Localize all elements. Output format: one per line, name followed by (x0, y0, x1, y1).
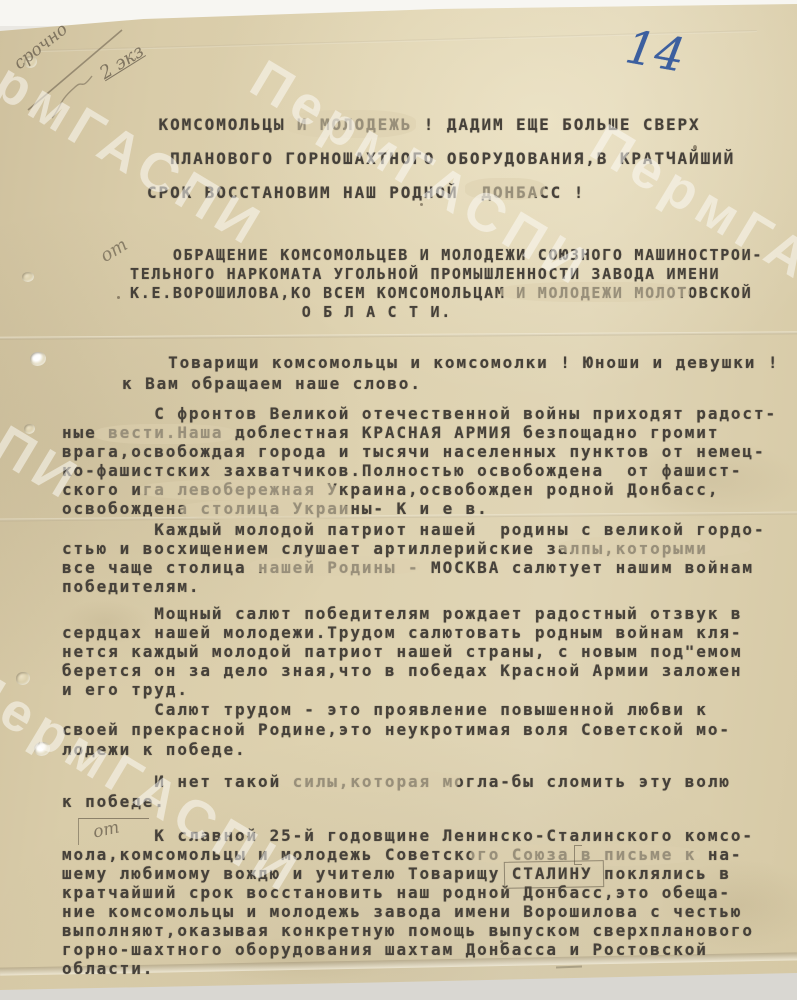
faded-ink-patch (140, 480, 340, 500)
slogan-heading: КОМСОМОЛЬЦЫ И МОЛОДЕЖЬ ! ДАДИМ ЕЩЕ БОЛЬШ… (147, 108, 735, 210)
faded-ink-patch (95, 424, 235, 444)
paragraph-mighty-salute: Мощный салют победителям рождает радостн… (62, 604, 742, 699)
paragraph-greeting: Товарищи комсомольцы и комсомолки ! Юнош… (122, 352, 779, 394)
faded-ink-patch (465, 178, 545, 200)
paragraph-salutes: Каждый молодой патриот нашей родины с ве… (62, 520, 766, 596)
page-number-annotation: 14 (622, 19, 689, 82)
faded-ink-patch (180, 500, 350, 520)
pencil-box-stalin (504, 860, 604, 889)
ink-speck (420, 203, 423, 206)
faded-ink-patch (500, 282, 690, 302)
pencil-corner-bracket: от (78, 818, 149, 845)
pencil-scribble-stroke (0, 18, 200, 138)
paragraph-labor-salute: Салют трудом - это проявление повышенной… (62, 700, 731, 760)
ink-speck (500, 940, 503, 943)
document-scan: КОМСОМОЛЬЦЫ И МОЛОДЕЖЬ ! ДАДИМ ЕЩЕ БОЛЬШ… (0, 0, 797, 1000)
ink-speck (117, 296, 120, 299)
ink-speck (693, 145, 697, 150)
faded-ink-patch (280, 770, 460, 792)
paragraph-front-news: С фронтов Великой отечественной войны пр… (62, 404, 777, 518)
faded-ink-patch (560, 536, 750, 558)
faded-ink-patch (250, 556, 420, 576)
faded-ink-patch (286, 110, 416, 138)
margin-note-ot-bottom: от (91, 817, 121, 842)
